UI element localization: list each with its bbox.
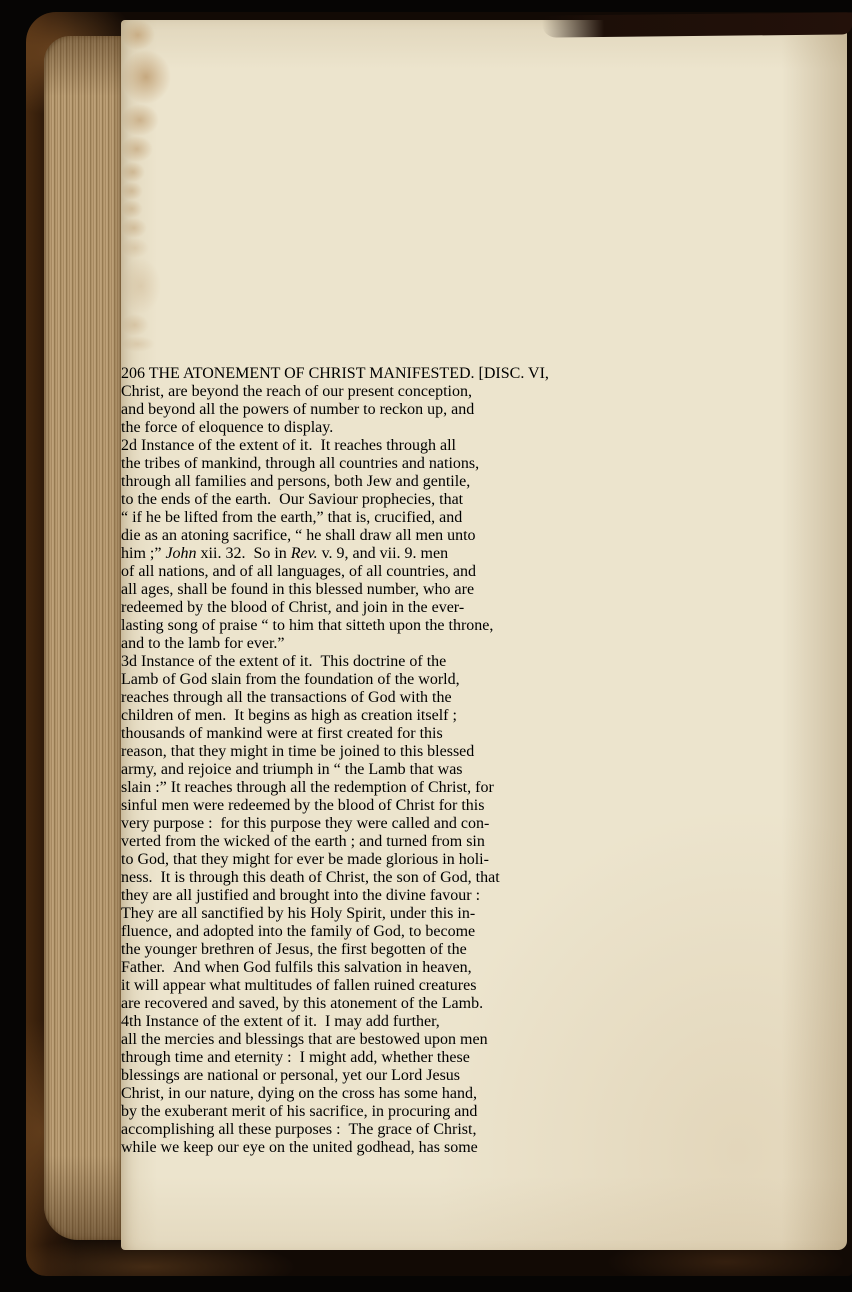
- foxing-stain: [121, 162, 145, 182]
- paragraph: 4th Instance of the extent of it. I may …: [121, 1013, 847, 1157]
- text-line: him ;” John xii. 32. So in Rev. v. 9, an…: [121, 545, 847, 563]
- foxing-stain: [121, 314, 149, 336]
- text-line: Lamb of God slain from the foundation of…: [121, 671, 847, 689]
- foxing-stain: [121, 182, 143, 200]
- text-line: through all families and persons, both J…: [121, 473, 847, 491]
- text-line: army, and rejoice and triumph in “ the L…: [121, 761, 847, 779]
- running-title: THE ATONEMENT OF CHRIST MANIFESTED.: [149, 365, 475, 382]
- foxing-stain: [121, 258, 161, 314]
- foxing-stain: [121, 136, 153, 162]
- text-line: and beyond all the powers of number to r…: [121, 401, 847, 419]
- text-line: reaches through all the transactions of …: [121, 689, 847, 707]
- text-line: by the exuberant merit of his sacrifice,…: [121, 1103, 847, 1121]
- paragraph: 3d Instance of the extent of it. This do…: [121, 653, 847, 1013]
- text-line: all ages, shall be found in this blessed…: [121, 581, 847, 599]
- text-line: ness. It is through this death of Christ…: [121, 869, 847, 887]
- foxing-stain: [121, 238, 149, 258]
- foxing-stain: [121, 218, 147, 238]
- foxing-stain: [121, 336, 155, 352]
- book-page: 206 THE ATONEMENT OF CHRIST MANIFESTED. …: [121, 20, 847, 1250]
- text-line: sinful men were redeemed by the blood of…: [121, 797, 847, 815]
- text-line: it will appear what multitudes of fallen…: [121, 977, 847, 995]
- text-line: Christ, in our nature, dying on the cros…: [121, 1085, 847, 1103]
- text-line: children of men. It begins as high as cr…: [121, 707, 847, 725]
- foxing-stain: [121, 200, 143, 218]
- text-line: redeemed by the blood of Christ, and joi…: [121, 599, 847, 617]
- text-line: very purpose : for this purpose they wer…: [121, 815, 847, 833]
- text-line: lasting song of praise “ to him that sit…: [121, 617, 847, 635]
- foxing-stain: [121, 50, 171, 104]
- text-column: 206 THE ATONEMENT OF CHRIST MANIFESTED. …: [121, 365, 847, 1157]
- text-block: Christ, are beyond the reach of our pres…: [121, 383, 847, 1157]
- text-line: accomplishing all these purposes : The g…: [121, 1121, 847, 1139]
- text-line: the tribes of mankind, through all count…: [121, 455, 847, 473]
- text-line: through time and eternity : I might add,…: [121, 1049, 847, 1067]
- text-line: They are all sanctified by his Holy Spir…: [121, 905, 847, 923]
- text-line: 2d Instance of the extent of it. It reac…: [121, 437, 847, 455]
- text-line: “ if he be lifted from the earth,” that …: [121, 509, 847, 527]
- text-line: thousands of mankind were at first creat…: [121, 725, 847, 743]
- text-line: are recovered and saved, by this atoneme…: [121, 995, 847, 1013]
- text-line: Christ, are beyond the reach of our pres…: [121, 383, 847, 401]
- discourse-marker: [DISC. VI,: [479, 365, 549, 382]
- text-line: and to the lamb for ever.”: [121, 635, 847, 653]
- text-line: they are all justified and brought into …: [121, 887, 847, 905]
- foxing-stain: [121, 20, 155, 50]
- page-fore-edge: [44, 36, 124, 1240]
- text-line: to the ends of the earth. Our Saviour pr…: [121, 491, 847, 509]
- running-header: 206 THE ATONEMENT OF CHRIST MANIFESTED. …: [121, 365, 847, 383]
- text-line: fluence, and adopted into the family of …: [121, 923, 847, 941]
- text-line: Father. And when God fulfils this salvat…: [121, 959, 847, 977]
- foxing-stain: [121, 104, 159, 136]
- text-line: of all nations, and of all languages, of…: [121, 563, 847, 581]
- text-line: reason, that they might in time be joine…: [121, 743, 847, 761]
- text-line: the force of eloquence to display.: [121, 419, 847, 437]
- page-number: 206: [121, 365, 145, 382]
- text-line: all the mercies and blessings that are b…: [121, 1031, 847, 1049]
- text-line: slain :” It reaches through all the rede…: [121, 779, 847, 797]
- text-line: to God, that they might for ever be made…: [121, 851, 847, 869]
- text-line: die as an atoning sacrifice, “ he shall …: [121, 527, 847, 545]
- text-line: 3d Instance of the extent of it. This do…: [121, 653, 847, 671]
- text-line: the younger brethren of Jesus, the first…: [121, 941, 847, 959]
- text-line: verted from the wicked of the earth ; an…: [121, 833, 847, 851]
- paragraph: 2d Instance of the extent of it. It reac…: [121, 437, 847, 653]
- book-photo-scene: 206 THE ATONEMENT OF CHRIST MANIFESTED. …: [0, 0, 852, 1292]
- text-line: 4th Instance of the extent of it. I may …: [121, 1013, 847, 1031]
- paragraph: Christ, are beyond the reach of our pres…: [121, 383, 847, 437]
- binding-fragment: [730, 20, 850, 42]
- text-line: while we keep our eye on the united godh…: [121, 1139, 847, 1157]
- text-line: blessings are national or personal, yet …: [121, 1067, 847, 1085]
